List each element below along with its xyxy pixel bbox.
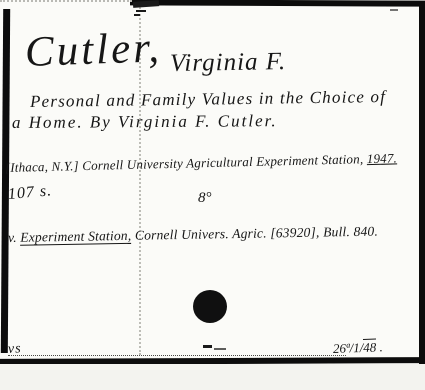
- imprint-text: [Ithaca, N.Y.] Cornell University Agricu…: [5, 151, 367, 175]
- heading-author-surname: Cutler,: [24, 23, 163, 77]
- date-prefix: 26ª/1/: [333, 340, 364, 356]
- tracing-line: v. Experiment Station, Cornell Univers. …: [8, 224, 378, 246]
- collation-pages: 107 s.: [7, 182, 53, 204]
- scan-edge-right: [419, 3, 425, 369]
- date-suffix: .: [376, 339, 383, 354]
- scan-speck: [134, 14, 140, 16]
- scan-speck: [203, 345, 212, 348]
- scan-background-below-card: [0, 364, 425, 390]
- scan-speck: [214, 348, 226, 350]
- scan-edge-top: [130, 0, 425, 7]
- catalog-card-scan: Cutler, Virginia F. Personal and Family …: [0, 0, 425, 390]
- tracing-rest: Cornell Univers. Agric. [63920], Bull. 8…: [131, 224, 378, 243]
- bottom-left-initials: vs: [8, 341, 22, 358]
- heading-author-forename: Virginia F.: [170, 48, 287, 78]
- imprint-line: [Ithaca, N.Y.] Cornell University Agricu…: [5, 150, 397, 176]
- title-line-2: a Home. By Virginia F. Cutler.: [12, 111, 278, 133]
- punched-hole-icon: [193, 290, 227, 323]
- scan-edge-top-faint: [0, 0, 132, 2]
- scan-edge-left: [1, 9, 10, 353]
- date-overlined: 48: [363, 339, 377, 354]
- scan-speck: [136, 10, 146, 12]
- tracing-series-underlined: Experiment Station,: [20, 228, 131, 246]
- tracing-prefix: v.: [8, 230, 21, 245]
- scan-speck: [390, 9, 398, 11]
- format-octavo-mark: 8°: [198, 190, 212, 207]
- scan-speck: [133, 0, 159, 8]
- title-line-1: Personal and Family Values in the Choice…: [30, 87, 386, 112]
- bottom-right-date: 26ª/1/48 .: [333, 339, 383, 357]
- card-bottom-dotted-line: [8, 355, 346, 356]
- imprint-year: 1947.: [367, 150, 398, 166]
